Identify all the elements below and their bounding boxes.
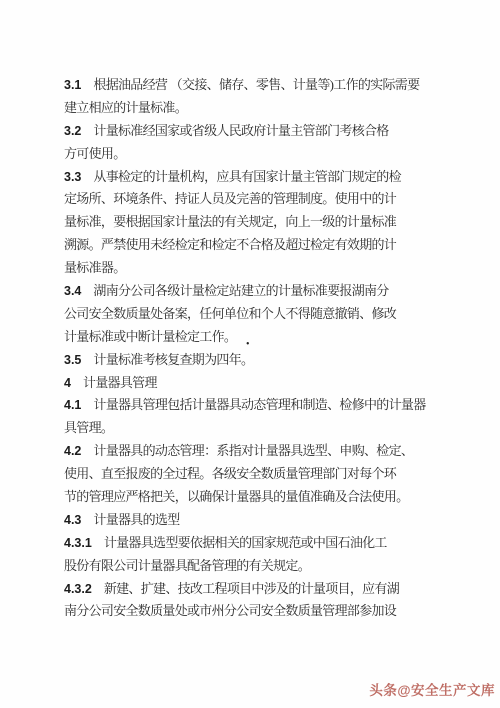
clause-text: 节的管理应严格把关，以确保计量器具的量值准确及合法使用。 bbox=[64, 489, 408, 504]
continuation-line: 计量标准或中断计量检定工作。 bbox=[64, 326, 460, 349]
continuation-line: 节的管理应严格把关，以确保计量器具的量值准确及合法使用。 bbox=[64, 486, 460, 509]
clause-number: 3.5 bbox=[64, 349, 81, 372]
clause-number: 4.2 bbox=[64, 440, 81, 463]
clause-line: 3.1根据油品经营 （交接、储存、零售、计量等)工作的实际需要 bbox=[64, 74, 460, 97]
clause-number: 4.3 bbox=[64, 509, 81, 532]
clause-text: 计量标准经国家或省级人民政府计量主管部门考核合格 bbox=[93, 123, 388, 138]
clause-text: 股份有限公司计量器具配备管理的有关规定。 bbox=[64, 558, 310, 573]
clause-line: 4.2计量器具的动态管理：系指对计量器具选型、申购、检定、 bbox=[64, 440, 460, 463]
watermark-text: 头条@安全生产文库 bbox=[369, 683, 495, 698]
clause-text: 计量器具的动态管理：系指对计量器具选型、申购、检定、 bbox=[93, 443, 413, 458]
continuation-line: 量标准，要根据国家计量法的有关规定，向上一级的计量标准 bbox=[64, 211, 460, 234]
clause-number: 4.1 bbox=[64, 394, 81, 417]
continuation-line: 方可使用。 bbox=[64, 143, 460, 166]
clause-line: 4.3.1计量器具选型要依据相关的国家规范或中国石油化工 bbox=[64, 532, 460, 555]
clause-line: 4.3.2新建、扩建、技改工程项目中涉及的计量项目，应有湖 bbox=[64, 578, 460, 601]
clause-text: 根据油品经营 （交接、储存、零售、计量等)工作的实际需要 bbox=[93, 77, 419, 92]
clause-text: 具管理。 bbox=[64, 420, 113, 435]
section-number: 4 bbox=[64, 372, 71, 395]
clause-text: 使用、直至报废的全过程。各级安全数质量管理部门对每个环 bbox=[64, 466, 396, 481]
clause-text: 从事检定的计量机构，应具有国家计量主管部门规定的检 bbox=[93, 169, 401, 184]
section-heading-line: 4计量器具管理 bbox=[64, 372, 460, 395]
continuation-line: 使用、直至报废的全过程。各级安全数质量管理部门对每个环 bbox=[64, 463, 460, 486]
continuation-line: 股份有限公司计量器具配备管理的有关规定。 bbox=[64, 555, 460, 578]
clause-number: 4.3.1 bbox=[64, 532, 92, 555]
clause-text: 方可使用。 bbox=[64, 146, 126, 161]
clause-number: 3.4 bbox=[64, 280, 81, 303]
clause-number: 3.1 bbox=[64, 74, 81, 97]
document-page: 3.1根据油品经营 （交接、储存、零售、计量等)工作的实际需要 建立相应的计量标… bbox=[0, 0, 500, 708]
document-body: 3.1根据油品经营 （交接、储存、零售、计量等)工作的实际需要 建立相应的计量标… bbox=[64, 74, 460, 623]
ink-dot-artifact: • bbox=[246, 340, 250, 350]
clause-text: 新建、扩建、技改工程项目中涉及的计量项目，应有湖 bbox=[104, 581, 399, 596]
continuation-line: 量标准器。 bbox=[64, 257, 460, 280]
section-title: 计量器具管理 bbox=[83, 375, 157, 390]
continuation-line: 溯源。严禁使用未经检定和检定不合格及超过检定有效期的计 bbox=[64, 234, 460, 257]
clause-text: 建立相应的计量标准。 bbox=[64, 100, 187, 115]
clause-line: 3.4湖南分公司各级计量检定站建立的计量标准要报湖南分 bbox=[64, 280, 460, 303]
clause-text: 计量器具的选型 bbox=[93, 512, 179, 527]
clause-number: 4.3.2 bbox=[64, 578, 92, 601]
clause-text: 湖南分公司各级计量检定站建立的计量标准要报湖南分 bbox=[93, 283, 388, 298]
clause-line: 4.3计量器具的选型 bbox=[64, 509, 460, 532]
clause-line: 3.2计量标准经国家或省级人民政府计量主管部门考核合格 bbox=[64, 120, 460, 143]
continuation-line: 建立相应的计量标准。 bbox=[64, 97, 460, 120]
clause-text: 溯源。严禁使用未经检定和检定不合格及超过检定有效期的计 bbox=[64, 237, 396, 252]
clause-line: 4.1计量器具管理包括计量器具动态管理和制造、检修中的计量器 bbox=[64, 394, 460, 417]
clause-line: 3.3从事检定的计量机构，应具有国家计量主管部门规定的检 bbox=[64, 166, 460, 189]
clause-text: 公司安全数质量处备案，任何单位和个人不得随意撤销、修改 bbox=[64, 306, 396, 321]
continuation-line: 定场所、环境条件、持证人员及完善的管理制度。使用中的计 bbox=[64, 188, 460, 211]
clause-number: 3.3 bbox=[64, 166, 81, 189]
clause-number: 3.2 bbox=[64, 120, 81, 143]
clause-text: 计量器具管理包括计量器具动态管理和制造、检修中的计量器 bbox=[93, 397, 425, 412]
continuation-line: 具管理。 bbox=[64, 417, 460, 440]
clause-text: 量标准，要根据国家计量法的有关规定，向上一级的计量标准 bbox=[64, 214, 396, 229]
clause-text: 计量标准或中断计量检定工作。 bbox=[64, 329, 236, 344]
continuation-line: 公司安全数质量处备案，任何单位和个人不得随意撤销、修改 bbox=[64, 303, 460, 326]
clause-text: 计量标准考核复查期为四年。 bbox=[93, 352, 253, 367]
continuation-line: 南分公司安全数质量处或市州分公司安全数质量管理部参加设 bbox=[64, 600, 460, 623]
clause-text: 南分公司安全数质量处或市州分公司安全数质量管理部参加设 bbox=[64, 603, 396, 618]
clause-line: 3.5计量标准考核复查期为四年。 bbox=[64, 349, 460, 372]
watermark: 头条@安全生产文库 bbox=[369, 679, 495, 699]
clause-text: 定场所、环境条件、持证人员及完善的管理制度。使用中的计 bbox=[64, 191, 396, 206]
clause-text: 量标准器。 bbox=[64, 260, 126, 275]
clause-text: 计量器具选型要依据相关的国家规范或中国石油化工 bbox=[104, 535, 387, 550]
